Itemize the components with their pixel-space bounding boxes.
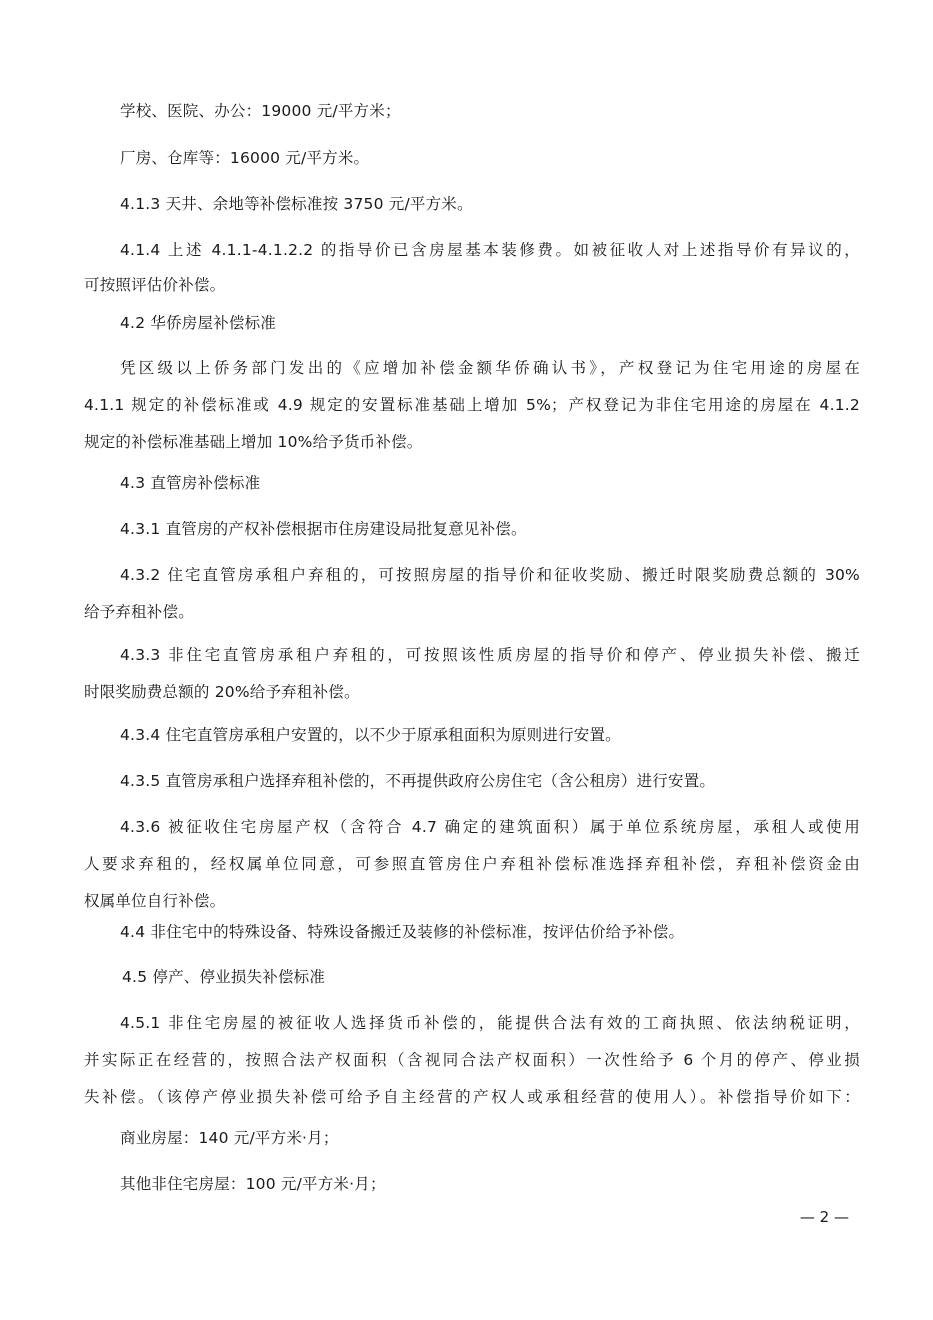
text-line: 4.3 直管房补偿标准 [84, 465, 860, 502]
text-line: 失补偿。（该停产停业损失补偿可给予自主经营的产权人或承租经营的使用人）。补偿指导… [84, 1079, 860, 1116]
paragraph-4-4: 4.4 非住宅中的特殊设备、特殊设备搬迁及装修的补偿标准，按评估价给予补偿。 [84, 914, 860, 951]
text-line: 规定的补偿标准基础上增加 10%给予货币补偿。 [84, 424, 860, 461]
text-line: 4.3.6 被征收住宅房屋产权（含符合 4.7 确定的建筑面积）属于单位系统房屋… [84, 809, 860, 846]
text-line: 4.5.1 非住宅房屋的被征收人选择货币补偿的，能提供合法有效的工商执照、依法纳… [84, 1005, 860, 1042]
text-line: 4.3.3 非住宅直管房承租户弃租的，可按照该性质房屋的指导价和停产、停业损失补… [84, 637, 860, 674]
paragraph-other-nonresidential-price: 其他非住宅房屋：100 元/平方米·月； [84, 1166, 860, 1203]
paragraph-4-3-5: 4.3.5 直管房承租户选择弃租补偿的，不再提供政府公房住宅（含公租房）进行安置… [84, 763, 860, 800]
text-line: 4.1.1 规定的补偿标准或 4.9 规定的安置标准基础上增加 5%；产权登记为… [84, 387, 860, 424]
paragraph-4-3-2: 4.3.2 住宅直管房承租户弃租的，可按照房屋的指导价和征收奖励、搬迁时限奖励费… [84, 557, 860, 631]
paragraph-4-3-4: 4.3.4 住宅直管房承租户安置的，以不少于原承租面积为原则进行安置。 [84, 717, 860, 754]
text-line: 其他非住宅房屋：100 元/平方米·月； [84, 1166, 860, 1203]
text-line: 商业房屋：140 元/平方米·月； [84, 1120, 860, 1157]
paragraph-school-hospital-office-price: 学校、医院、办公：19000 元/平方米； [84, 93, 860, 130]
heading-4-2: 4.2 华侨房屋补偿标准 [84, 305, 860, 342]
text-line: 4.4 非住宅中的特殊设备、特殊设备搬迁及装修的补偿标准，按评估价给予补偿。 [84, 914, 860, 951]
text-line: 学校、医院、办公：19000 元/平方米； [84, 93, 860, 130]
document-page: 学校、医院、办公：19000 元/平方米； 厂房、仓库等：16000 元/平方米… [0, 0, 933, 1320]
paragraph-4-5-1: 4.5.1 非住宅房屋的被征收人选择货币补偿的，能提供合法有效的工商执照、依法纳… [84, 1005, 860, 1116]
heading-4-5: 4.5 停产、停业损失补偿标准 [84, 959, 860, 996]
text-line: 4.3.4 住宅直管房承租户安置的，以不少于原承租面积为原则进行安置。 [84, 717, 860, 754]
text-line: 并实际正在经营的，按照合法产权面积（含视同合法产权面积）一次性给予 6 个月的停… [84, 1042, 860, 1079]
paragraph-factory-warehouse-price: 厂房、仓库等：16000 元/平方米。 [84, 140, 860, 177]
text-line: 可按照评估价补偿。 [84, 267, 860, 304]
paragraph-4-3-6: 4.3.6 被征收住宅房屋产权（含符合 4.7 确定的建筑面积）属于单位系统房屋… [84, 809, 860, 920]
paragraph-4-1-3: 4.1.3 天井、余地等补偿标准按 3750 元/平方米。 [84, 186, 860, 223]
paragraph-commercial-price: 商业房屋：140 元/平方米·月； [84, 1120, 860, 1157]
text-line: 4.3.5 直管房承租户选择弃租补偿的，不再提供政府公房住宅（含公租房）进行安置… [84, 763, 860, 800]
page-number: — 2 — [800, 1205, 849, 1229]
paragraph-4-1-4: 4.1.4 上述 4.1.1-4.1.2.2 的指导价已含房屋基本装修费。如被征… [84, 232, 860, 304]
text-line: 4.3.2 住宅直管房承租户弃租的，可按照房屋的指导价和征收奖励、搬迁时限奖励费… [84, 557, 860, 594]
text-line: 厂房、仓库等：16000 元/平方米。 [84, 140, 860, 177]
text-line: 4.2 华侨房屋补偿标准 [84, 305, 860, 342]
heading-4-3: 4.3 直管房补偿标准 [84, 465, 860, 502]
paragraph-overseas-chinese: 凭区级以上侨务部门发出的《应增加补偿金额华侨确认书》，产权登记为住宅用途的房屋在… [84, 350, 860, 461]
text-line: 时限奖励费总额的 20%给予弃租补偿。 [84, 674, 860, 711]
text-line: 4.1.3 天井、余地等补偿标准按 3750 元/平方米。 [84, 186, 860, 223]
paragraph-4-3-3: 4.3.3 非住宅直管房承租户弃租的，可按照该性质房屋的指导价和停产、停业损失补… [84, 637, 860, 711]
text-line: 4.1.4 上述 4.1.1-4.1.2.2 的指导价已含房屋基本装修费。如被征… [84, 232, 860, 269]
paragraph-4-3-1: 4.3.1 直管房的产权补偿根据市住房建设局批复意见补偿。 [84, 511, 860, 548]
text-line: 凭区级以上侨务部门发出的《应增加补偿金额华侨确认书》，产权登记为住宅用途的房屋在 [84, 350, 860, 387]
text-line: 4.5 停产、停业损失补偿标准 [84, 959, 860, 996]
text-line: 4.3.1 直管房的产权补偿根据市住房建设局批复意见补偿。 [84, 511, 860, 548]
text-line: 人要求弃租的，经权属单位同意，可参照直管房住户弃租补偿标准选择弃租补偿，弃租补偿… [84, 846, 860, 883]
text-line: 给予弃租补偿。 [84, 594, 860, 631]
